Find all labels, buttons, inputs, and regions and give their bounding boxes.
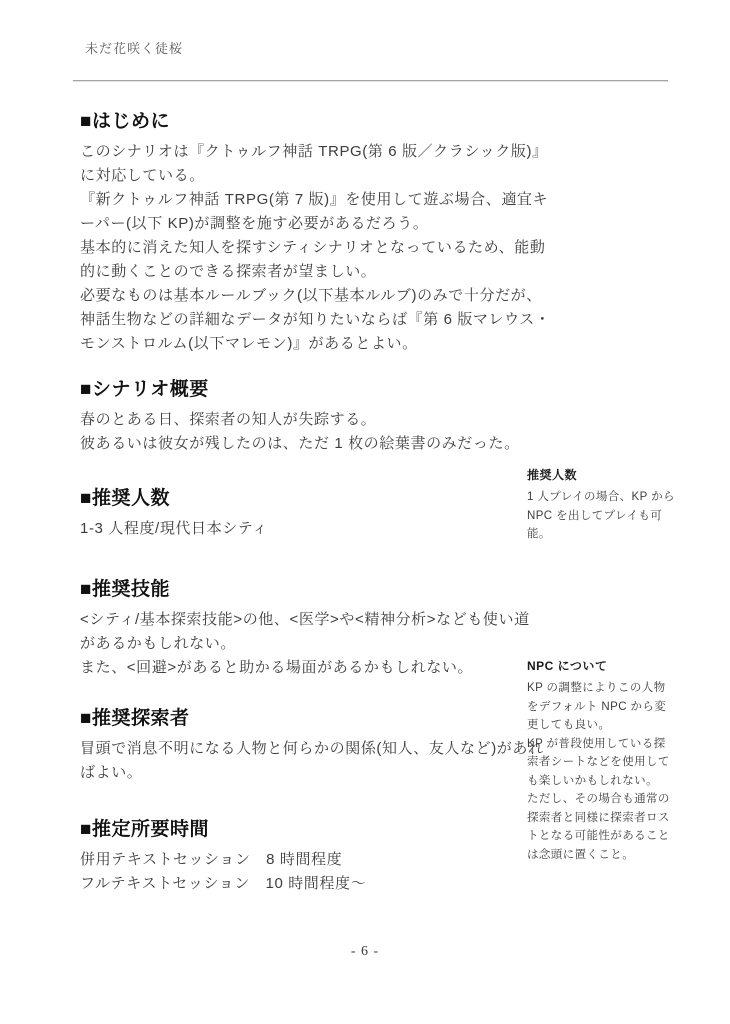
section-heading-recommended-players: ■推奨人数: [80, 487, 504, 511]
text-line: <シティ/基本探索技能>の他、<医学>や<精神分析>なども使い道: [80, 608, 504, 632]
text-line: NPC を出してプレイも可: [527, 507, 677, 526]
text-line: 基本的に消えた知人を探すシティシナリオとなっているため、能動: [80, 236, 504, 260]
section-recommended-players: ■推奨人数 1-3 人程度/現代日本シティ: [80, 487, 504, 541]
text-line: は念頭に置くこと。: [527, 846, 677, 865]
section-body-recommended-investigators: 冒頭で消息不明になる人物と何らかの関係(知人、友人など)があればよい。: [80, 737, 504, 785]
section-heading-recommended-investigators: ■推奨探索者: [80, 707, 504, 731]
text-line: 冒頭で消息不明になる人物と何らかの関係(知人、友人など)があれ: [80, 737, 504, 761]
section-introduction: ■はじめに このシナリオは『クトゥルフ神話 TRPG(第 6 版／クラシック版)…: [80, 110, 504, 356]
page-number: - 6 -: [0, 944, 730, 960]
section-body-estimated-playtime: 併用テキストセッション 8 時間程度フルテキストセッション 10 時間程度～: [80, 848, 504, 896]
text-line: 必要なものは基本ルールブック(以下基本ルルブ)のみで十分だが、: [80, 284, 504, 308]
text-line: 更しても良い。: [527, 716, 677, 735]
text-line: フルテキストセッション 10 時間程度～: [80, 872, 504, 896]
text-line: 併用テキストセッション 8 時間程度: [80, 848, 504, 872]
text-line: 彼あるいは彼女が残したのは、ただ 1 枚の絵葉書のみだった。: [80, 432, 504, 456]
text-line: 探索者と同様に探索者ロス: [527, 809, 677, 828]
document-page: 未だ花咲く徒桜 ■はじめに このシナリオは『クトゥルフ神話 TRPG(第 6 版…: [0, 0, 730, 1024]
side-note-about-npc: NPC について KP の調整によりこの人物をデフォルト NPC から変更しても…: [527, 657, 677, 864]
header-rule-divider: [73, 80, 668, 82]
side-note-body-recommended-players: 1 人プレイの場合、KP からNPC を出してプレイも可能。: [527, 488, 677, 544]
text-line: をデフォルト NPC から変: [527, 698, 677, 717]
text-line: も楽しいかもしれない。: [527, 772, 677, 791]
text-line: 1 人プレイの場合、KP から: [527, 488, 677, 507]
text-line: KP が普段使用している探: [527, 735, 677, 754]
text-line: ただし、その場合も通常の: [527, 790, 677, 809]
side-note-title-recommended-players: 推奨人数: [527, 466, 677, 484]
section-scenario-overview: ■シナリオ概要 春のとある日、探索者の知人が失踪する。彼あるいは彼女が残したのは…: [80, 378, 504, 456]
text-line: 『新クトゥルフ神話 TRPG(第 7 版)』を使用して遊ぶ場合、適宜キ: [80, 188, 504, 212]
text-line: 神話生物などの詳細なデータが知りたいならば『第 6 版マレウス・: [80, 308, 504, 332]
section-recommended-investigators: ■推奨探索者 冒頭で消息不明になる人物と何らかの関係(知人、友人など)があればよ…: [80, 707, 504, 785]
section-body-scenario-overview: 春のとある日、探索者の知人が失踪する。彼あるいは彼女が残したのは、ただ 1 枚の…: [80, 408, 504, 456]
text-line: 能。: [527, 525, 677, 544]
text-line: があるかもしれない。: [80, 632, 504, 656]
section-body-recommended-players: 1-3 人程度/現代日本シティ: [80, 517, 504, 541]
text-line: また、<回避>があると助かる場面があるかもしれない。: [80, 656, 504, 680]
text-line: に対応している。: [80, 164, 504, 188]
text-line: 1-3 人程度/現代日本シティ: [80, 517, 504, 541]
text-line: モンストロルム(以下マレモン)』があるとよい。: [80, 332, 504, 356]
text-line: KP の調整によりこの人物: [527, 679, 677, 698]
side-note-title-about-npc: NPC について: [527, 657, 677, 675]
text-line: トとなる可能性があること: [527, 827, 677, 846]
section-heading-estimated-playtime: ■推定所要時間: [80, 818, 504, 842]
section-body-recommended-skills: <シティ/基本探索技能>の他、<医学>や<精神分析>なども使い道があるかもしれな…: [80, 608, 504, 680]
section-recommended-skills: ■推奨技能 <シティ/基本探索技能>の他、<医学>や<精神分析>なども使い道があ…: [80, 578, 504, 680]
text-line: 索者シートなどを使用して: [527, 753, 677, 772]
section-estimated-playtime: ■推定所要時間 併用テキストセッション 8 時間程度フルテキストセッション 10…: [80, 818, 504, 896]
side-note-body-about-npc: KP の調整によりこの人物をデフォルト NPC から変更しても良い。KP が普段…: [527, 679, 677, 864]
main-text-column: ■はじめに このシナリオは『クトゥルフ神話 TRPG(第 6 版／クラシック版)…: [80, 110, 504, 896]
text-line: このシナリオは『クトゥルフ神話 TRPG(第 6 版／クラシック版)』: [80, 140, 504, 164]
text-line: ばよい。: [80, 761, 504, 785]
section-heading-recommended-skills: ■推奨技能: [80, 578, 504, 602]
section-heading-introduction: ■はじめに: [80, 110, 504, 134]
section-body-introduction: このシナリオは『クトゥルフ神話 TRPG(第 6 版／クラシック版)』に対応して…: [80, 140, 504, 356]
text-line: 春のとある日、探索者の知人が失踪する。: [80, 408, 504, 432]
side-note-recommended-players: 推奨人数 1 人プレイの場合、KP からNPC を出してプレイも可能。: [527, 466, 677, 544]
section-heading-scenario-overview: ■シナリオ概要: [80, 378, 504, 402]
text-line: 的に動くことのできる探索者が望ましい。: [80, 260, 504, 284]
running-header-title: 未だ花咲く徒桜: [85, 38, 183, 57]
text-line: ーパー(以下 KP)が調整を施す必要があるだろう。: [80, 212, 504, 236]
